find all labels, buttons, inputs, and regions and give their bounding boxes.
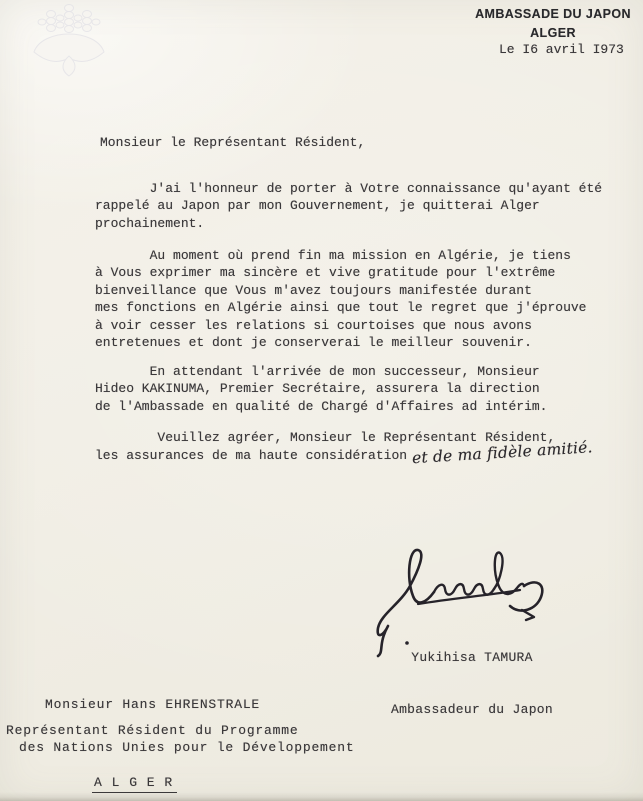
paragraph-1: J'ai l'honneur de porter à Votre connais… <box>95 180 602 232</box>
embossed-paulownia-seal-icon <box>26 0 112 82</box>
recipient-title-line-1: Représentant Résident du Programme <box>6 723 298 738</box>
signer-title: Ambassadeur du Japon <box>382 701 562 718</box>
recipient-name: Monsieur Hans EHRENSTRALE <box>45 697 260 712</box>
letterhead-block: AMBASSADE DU JAPON ALGER <box>462 5 643 43</box>
paragraph-2: Au moment où prend fin ma mission en Alg… <box>95 247 586 351</box>
paragraph-3: En attendant l'arrivée de mon successeur… <box>95 363 547 415</box>
signature-block: Yukihisa TAMURA Ambassadeur du Japon <box>382 614 562 753</box>
letter-page: AMBASSADE DU JAPON ALGER Le I6 avril I97… <box>0 0 643 801</box>
salutation: Monsieur le Représentant Résident, <box>100 134 365 151</box>
recipient-city: A L G E R <box>92 775 177 793</box>
letter-date: Le I6 avril I973 <box>499 41 624 58</box>
closing-line-2: les assurances de ma haute considération… <box>95 446 588 464</box>
signer-name: Yukihisa TAMURA <box>382 649 562 666</box>
letterhead-organization: AMBASSADE DU JAPON <box>462 5 643 24</box>
recipient-title-line-2: des Nations Unies pour le Développement <box>19 740 354 755</box>
closing-line-2-typed: les assurances de ma haute considération <box>95 448 407 463</box>
